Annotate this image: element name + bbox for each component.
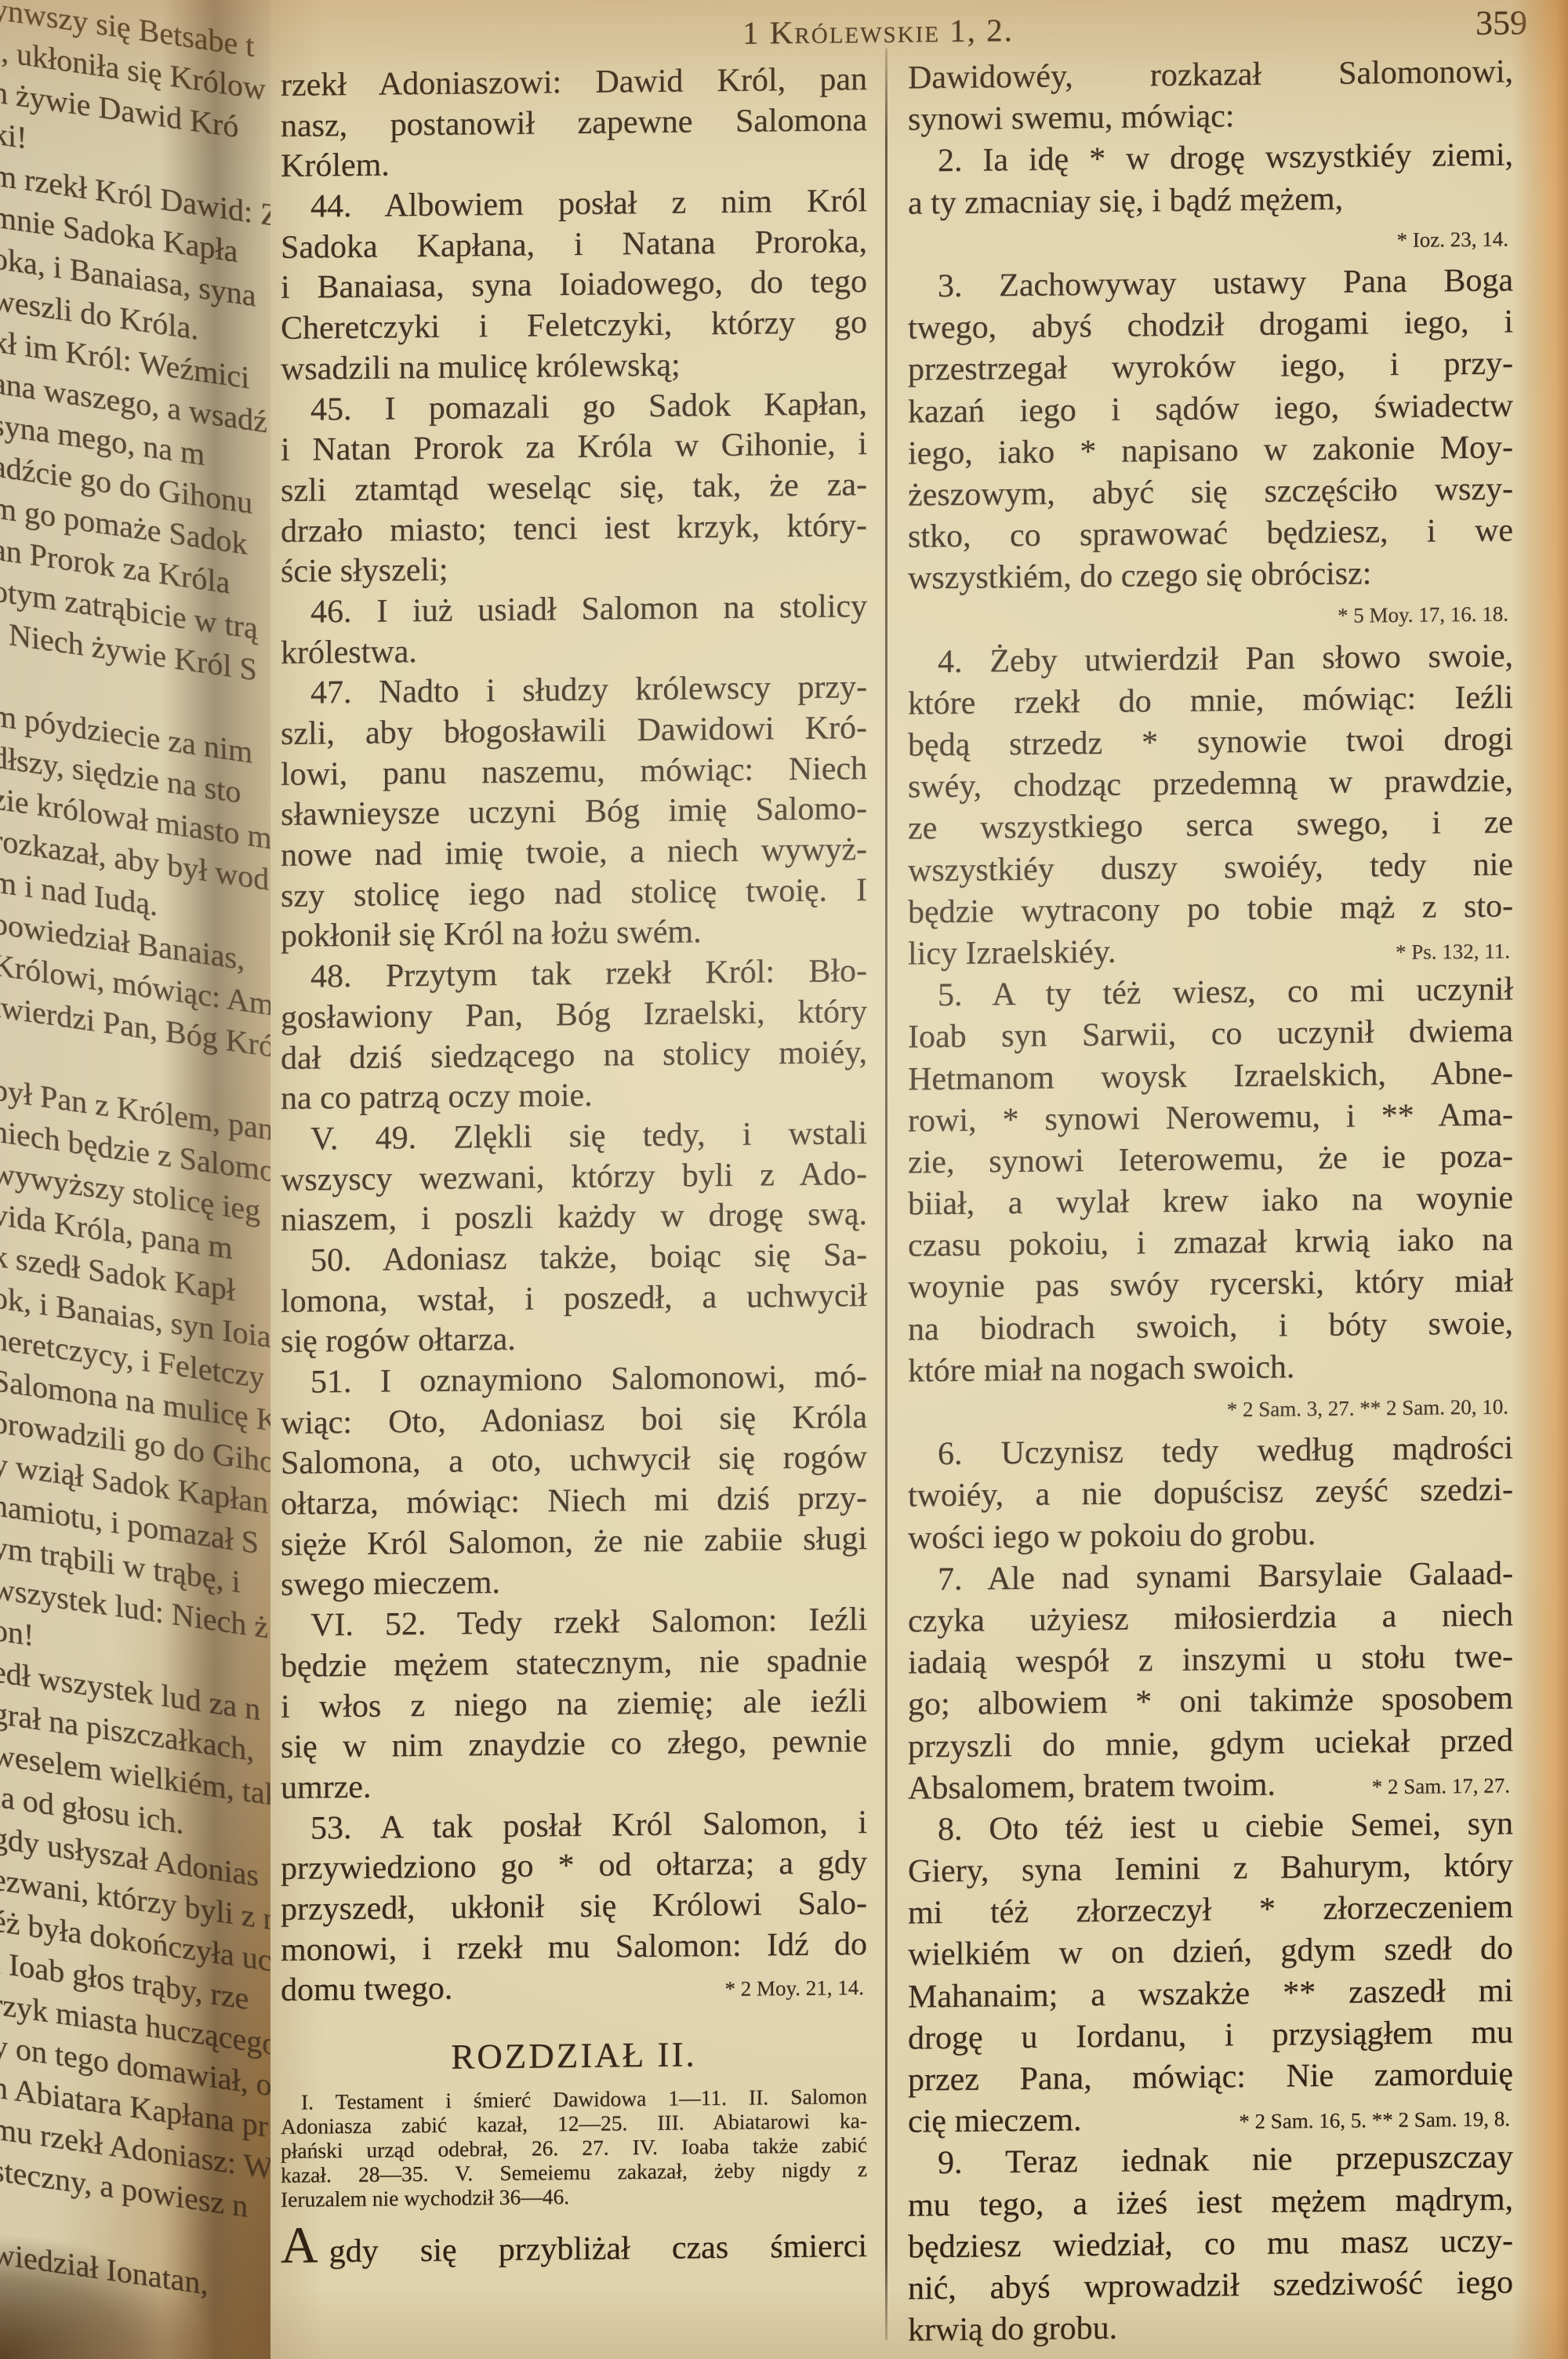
text-line: swéy, chodząc przedemną w prawdzie, (908, 761, 1513, 809)
running-header: 1 Królewskie 1, 2. (666, 10, 1090, 53)
text-line: czasu pokoiu, i zmazał krwią iako na (908, 1219, 1513, 1267)
text-line: 48. Przytym tak rzekł Król: Bło- (281, 951, 867, 998)
column-divider-rule (885, 49, 887, 2340)
text-line: Absalomem, bratem twoim.* 2 Sam. 17, 27. (908, 1761, 1513, 1809)
text-line: się rogów ołtarza. (281, 1316, 867, 1363)
text-line: i Banaiasa, syna Ioiadowego, do tego (281, 262, 867, 309)
text-line: domu twego. (281, 1969, 452, 2012)
text-line: VI. 52. Tedy rzekł Salomon: Ieźli (281, 1600, 867, 1647)
text-line: przyszli do mnie, gdym uciekał przed (908, 1720, 1513, 1768)
text-line: lomona, wstał, i poszedł, a uchwycił (281, 1276, 867, 1323)
footnote-reference: * 2 Sam. 17, 27. (1372, 1765, 1513, 1808)
text-line: Hetmanom woysk Izraelskich, Abne- (908, 1052, 1513, 1100)
chapter-summary-line: Ieruzalem nie wychodził 36—46. (281, 2181, 867, 2212)
text-line: zie, synowi Ieterowemu, że ie poza- (908, 1136, 1513, 1183)
text-line: 45. I pomazali go Sadok Kapłan, (281, 384, 867, 431)
text-line: niaszem, i poszli każdy w drogę swą. (281, 1194, 867, 1241)
text-line: ze wszystkiego serca swego, i ze (908, 802, 1513, 850)
footnote-reference: * Ps. 132, 11. (1396, 930, 1513, 973)
text-line: kazań iego i sądów iego, świadectw (908, 385, 1513, 433)
footnote-reference: * 2 Sam. 16, 5. ** 2 Sam. 19, 8. (1239, 2099, 1513, 2143)
text-line: umrze. (281, 1762, 867, 1809)
text-line: 3. Zachowyway ustawy Pana Boga (908, 260, 1513, 307)
book-page-scan: ynwszy się Betsabe ti, ukłoniła się Król… (0, 0, 1568, 2359)
text-line: będziesz wiedział, co mu masz uczy- (908, 2220, 1513, 2268)
text-line: na biodrach swoich, i bóty swoie, (908, 1303, 1513, 1350)
text-line: 8. Oto téż iest u ciebie Semei, syn (908, 1803, 1513, 1851)
text-line: drogę u Iordanu, i przysiągłem mu (908, 2012, 1513, 2059)
text-line: woynie pas swóy rycerski, który miał (908, 1261, 1513, 1309)
text-line: stko, co sprawować będziesz, i we (908, 510, 1513, 558)
text-line: 6. Uczynisz tedy według mądrości (908, 1428, 1513, 1476)
text-line: wszystkiém, do czego się obrócisz: (908, 552, 1513, 600)
text-line: szli ztamtąd weseląc się, tak, że za- (281, 465, 867, 512)
text-line: rzekł Adoniaszowi: Dawid Król, pan (281, 60, 867, 107)
text-line: Ioab syn Sarwii, co uczynił dwiema (908, 1011, 1513, 1059)
text-line: pokłonił się Król na łożu swém. (281, 911, 867, 958)
page-number: 359 (1450, 2, 1552, 43)
text-line: a ty zmacniay się, i bądź mężem, (908, 176, 1513, 224)
text-line: na co patrzą oczy moie. (281, 1073, 867, 1120)
text-line: nasz, postanowił zapewne Salomona (281, 100, 867, 147)
text-line: drzało miasto; tenci iest krzyk, który- (281, 506, 867, 553)
text-line: lowi, panu naszemu, mówiąc: Niech (281, 749, 867, 796)
text-line: przez Pana, mówiąc: Nie zamorduię (908, 2053, 1513, 2101)
text-line: 51. I oznaymiono Salomonowi, mó- (281, 1357, 867, 1404)
text-line: swego mieczem. (281, 1559, 867, 1606)
text-line: i włos z niego na ziemię; ale ieźli (281, 1681, 867, 1728)
text-line: wsadzili na mulicę królewską; (281, 343, 867, 391)
text-line: czyka użyiesz miłosierdzia a niech (908, 1594, 1513, 1642)
text-line: synowi swemu, mówiąc: (908, 93, 1513, 141)
text-line: twego, abyś chodził drogami iego, i (908, 302, 1513, 350)
text-line: sięże Król Salomon, że nie zabiie sługi (281, 1519, 867, 1566)
text-line: 9. Teraz iednak nie przepuszczay (908, 2137, 1513, 2185)
text-line: Absalomem, bratem twoim. (908, 1764, 1276, 1809)
footnote-reference: * Ioz. 23, 14. (908, 218, 1513, 266)
text-line: 50. Adoniasz także, boiąc się Sa- (281, 1235, 867, 1282)
text-line: i Natan Prorok za Króla w Gihonie, i (281, 424, 867, 471)
right-column: Dawidowéy, rozkazał Salomonowi,synowi sw… (908, 51, 1513, 2351)
text-line: które miał na nogach swoich. (908, 1344, 1513, 1392)
opening-line: Agdy się przybliżał czas śmierci (281, 2216, 867, 2281)
text-line: będzie mężem statecznym, nie spadnie (281, 1641, 867, 1688)
page-content: 1 Królewskie 1, 2. 359 rzekł Adoniaszowi… (0, 0, 1568, 2359)
text-line: żeszowym, abyć się szczęściło wszy- (908, 468, 1513, 516)
text-line: monowi, i rzekł mu Salomon: Idź do (281, 1925, 867, 1972)
text-line: go; albowiem * oni takimże sposobem (908, 1678, 1513, 1726)
text-line: nowe nad imię twoie, a niech wywyż- (281, 830, 867, 877)
text-line: V. 49. Zlękli się tedy, i wstali (281, 1114, 867, 1161)
text-line: iadaią wespół z inszymi u stołu twe- (908, 1637, 1513, 1685)
text-line: przestrzegał wyroków iego, i przy- (908, 343, 1513, 391)
footnote-reference: * 5 Moy. 17, 16. 18. (908, 594, 1513, 642)
text-line: przyszedł, ukłonił się Królowi Salo- (281, 1884, 867, 1931)
text-line: 7. Ale nad synami Barsylaie Galaad- (908, 1553, 1513, 1601)
text-line: sławnieysze uczyni Bóg imię Salomo- (281, 789, 867, 836)
text-line: cię mieczem.* 2 Sam. 16, 5. ** 2 Sam. 19… (908, 2095, 1513, 2143)
text-line: będą strzedz * synowie twoi drogi (908, 718, 1513, 766)
text-line: Giery, syna Iemini z Bahurym, który (908, 1845, 1513, 1892)
text-line: biiał, a wylał krew iako na woynie (908, 1177, 1513, 1225)
text-line: nić, abyś wprowadził szedziwość iego (908, 2262, 1513, 2310)
text-line: gosławiony Pan, Bóg Izraelski, który (281, 992, 867, 1039)
text-line: licy Izraelskiéy.* Ps. 132, 11. (908, 927, 1513, 975)
text-line: 53. A tak posłał Król Salomon, i (281, 1803, 867, 1850)
text-line: wości iego w pokoiu do grobu. (908, 1511, 1513, 1559)
text-line: Sadoka Kapłana, i Natana Proroka, (281, 222, 867, 269)
text-line: rowi, * synowi Nerowemu, i ** Ama- (908, 1094, 1513, 1142)
text-line: licy Izraelskiéy. (908, 932, 1116, 976)
text-line: Cheretczyki i Feletczyki, którzy go (281, 303, 867, 350)
text-line: Mahanaim; a wszakże ** zaszedł mi (908, 1970, 1513, 2018)
text-line: się w nim znaydzie co złego, pewnie (281, 1721, 867, 1768)
text-line: iego, iako * napisano w zakonie Moy- (908, 427, 1513, 474)
text-line: mu tego, a iżeś iest mężem mądrym, (908, 2179, 1513, 2226)
text-line: królestwa. (281, 627, 867, 674)
text-line: 2. Ia idę * w drogę wszystkiéy ziemi, (908, 135, 1513, 183)
text-line: 4. Żeby utwierdził Pan słowo swoie, (908, 635, 1513, 683)
text-line: szli, aby błogosławili Dawidowi Kró- (281, 708, 867, 755)
text-line: Królem. (281, 140, 867, 187)
text-line: wszystkiéy duszy swoiéy, tedy nie (908, 844, 1513, 892)
text-line: ołtarza, mówiąc: Niech mi dziś przy- (281, 1478, 867, 1525)
text-line: Salomona, a oto, uchwycił się rogów (281, 1438, 867, 1485)
text-line: krwią do grobu. (908, 2304, 1513, 2352)
text-line: wiąc: Oto, Adoniasz boi się Króla (281, 1398, 867, 1445)
footnote-reference: * 2 Moy. 21, 14. (724, 1968, 867, 2010)
text-line: wszyscy wezwani, którzy byli z Ado- (281, 1154, 867, 1201)
text-line: które rzekł do mnie, mówiąc: Ieźli (908, 677, 1513, 725)
text-line: wielkiém w on dzień, gdym szedł do (908, 1928, 1513, 1976)
text-line: ście słyszeli; (281, 546, 867, 593)
text-line: gdy się przybliżał czas śmierci (329, 2223, 867, 2275)
text-line: domu twego.* 2 Moy. 21, 14. (281, 1965, 867, 2012)
text-line: cię mieczem. (908, 2099, 1082, 2143)
text-line: mi téż złorzeczył * złorzeczeniem (908, 1887, 1513, 1935)
text-line: 46. I iuż usiadł Salomon na stolicy (281, 587, 867, 634)
text-line: Dawidowéy, rozkazał Salomonowi, (908, 51, 1513, 99)
chapter-heading: ROZDZIAŁ II. (281, 2032, 867, 2079)
footnote-reference: * 2 Sam. 3, 27. ** 2 Sam. 20, 10. (908, 1386, 1513, 1434)
text-line: przywiedziono go * od ołtarza; a gdy (281, 1843, 867, 1890)
left-column: rzekł Adoniaszowi: Dawid Król, pannasz, … (281, 60, 867, 2281)
text-line: szy stolicę iego nad stolicę twoię. I (281, 871, 867, 918)
text-line: 5. A ty téż wiesz, co mi uczynił (908, 969, 1513, 1017)
text-line: 47. Nadto i słudzy królewscy przy- (281, 667, 867, 714)
text-line: dał dziś siedzącego na stolicy moiéy, (281, 1033, 867, 1080)
drop-cap: A (281, 2222, 318, 2269)
text-line: będzie wytracony po tobie mąż z sto- (908, 885, 1513, 933)
text-line: 44. Albowiem posłał z nim Król (281, 181, 867, 228)
text-line: twoiéy, a nie dopuścisz zeyść szedzi- (908, 1470, 1513, 1518)
